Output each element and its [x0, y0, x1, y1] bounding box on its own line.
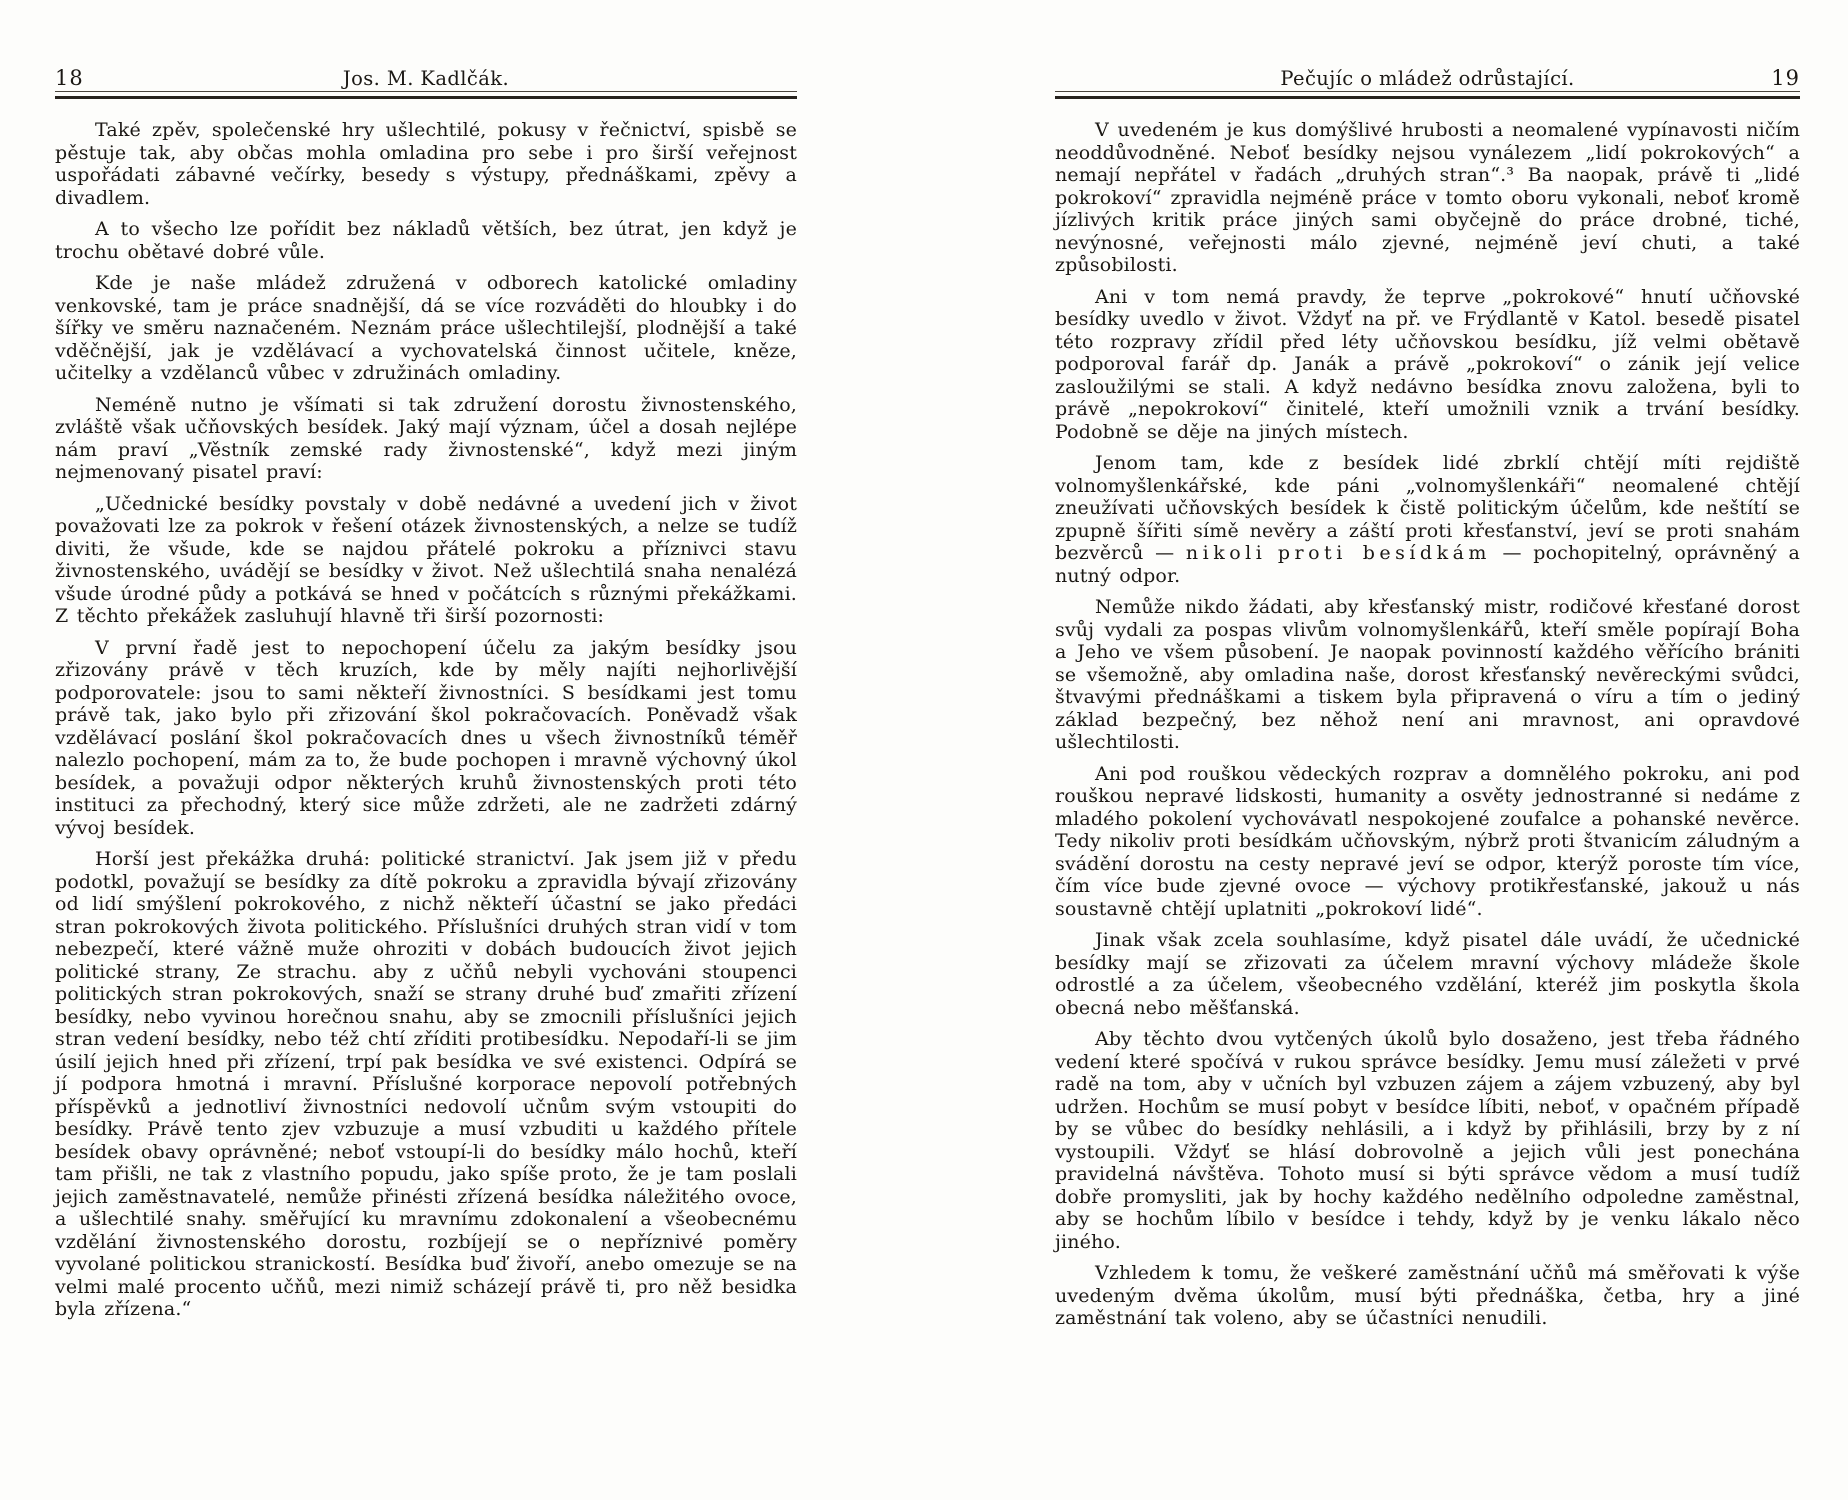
running-title-right: Pečujíc o mládež odrůstající.	[1097, 67, 1758, 90]
header-rule	[1055, 91, 1800, 99]
page-number-right: 19	[1758, 66, 1800, 90]
header-row: 18 Jos. M. Kadlčák.	[55, 62, 797, 90]
page-header-left: 18 Jos. M. Kadlčák.	[55, 62, 797, 99]
header-row: Pečujíc o mládež odrůstající. 19	[1055, 62, 1800, 90]
paragraph: V uvedeném je kus domýšlivé hrubosti a n…	[1055, 119, 1800, 277]
paragraph: Horší jest překážka druhá: politické str…	[55, 848, 797, 1321]
paragraph: Ani pod rouškou vědeckých rozprav a domn…	[1055, 763, 1800, 921]
paragraph: Kde je naše mládež združená v odborech k…	[55, 272, 797, 385]
paragraph: Aby těchto dvou vytčených úkolů bylo dos…	[1055, 1028, 1800, 1253]
header-rule	[55, 91, 797, 99]
book-spread: 18 Jos. M. Kadlčák. Také zpěv, společens…	[0, 0, 1848, 1500]
paragraph: V první řadě jest to nepochopení účelu z…	[55, 637, 797, 840]
page-number-left: 18	[55, 66, 97, 90]
emphasized-text: proti besídkám	[1278, 542, 1491, 564]
paragraph: A to všecho lze pořídit bez nákladů větš…	[55, 218, 797, 263]
paragraph: Vzhledem k tomu, že veškeré zaměstnání u…	[1055, 1262, 1800, 1330]
text-segment	[1266, 542, 1278, 564]
page-text-right: V uvedeném je kus domýšlivé hrubosti a n…	[1055, 119, 1800, 1330]
paragraph: Také zpěv, společenské hry ušlechtilé, p…	[55, 119, 797, 209]
page-right: Pečujíc o mládež odrůstající. 19 V uvede…	[1055, 62, 1800, 1330]
emphasized-text: nikoli	[1186, 542, 1266, 564]
page-text-left: Také zpěv, společenské hry ušlechtilé, p…	[55, 119, 797, 1321]
paragraph: Neméně nutno je všímati si tak združení …	[55, 394, 797, 484]
running-title-left: Jos. M. Kadlčák.	[97, 67, 755, 90]
paragraph: Nemůže nikdo žádati, aby křesťanský mist…	[1055, 596, 1800, 754]
page-header-right: Pečujíc o mládež odrůstající. 19	[1055, 62, 1800, 99]
paragraph: Ani v tom nemá pravdy, že teprve „pokrok…	[1055, 286, 1800, 444]
paragraph: Jinak však zcela souhlasíme, když pisate…	[1055, 929, 1800, 1019]
page-left: 18 Jos. M. Kadlčák. Také zpěv, společens…	[55, 62, 797, 1321]
paragraph: „Učednické besídky povstaly v době nedáv…	[55, 493, 797, 628]
paragraph: Jenom tam, kde z besídek lidé zbrklí cht…	[1055, 452, 1800, 587]
